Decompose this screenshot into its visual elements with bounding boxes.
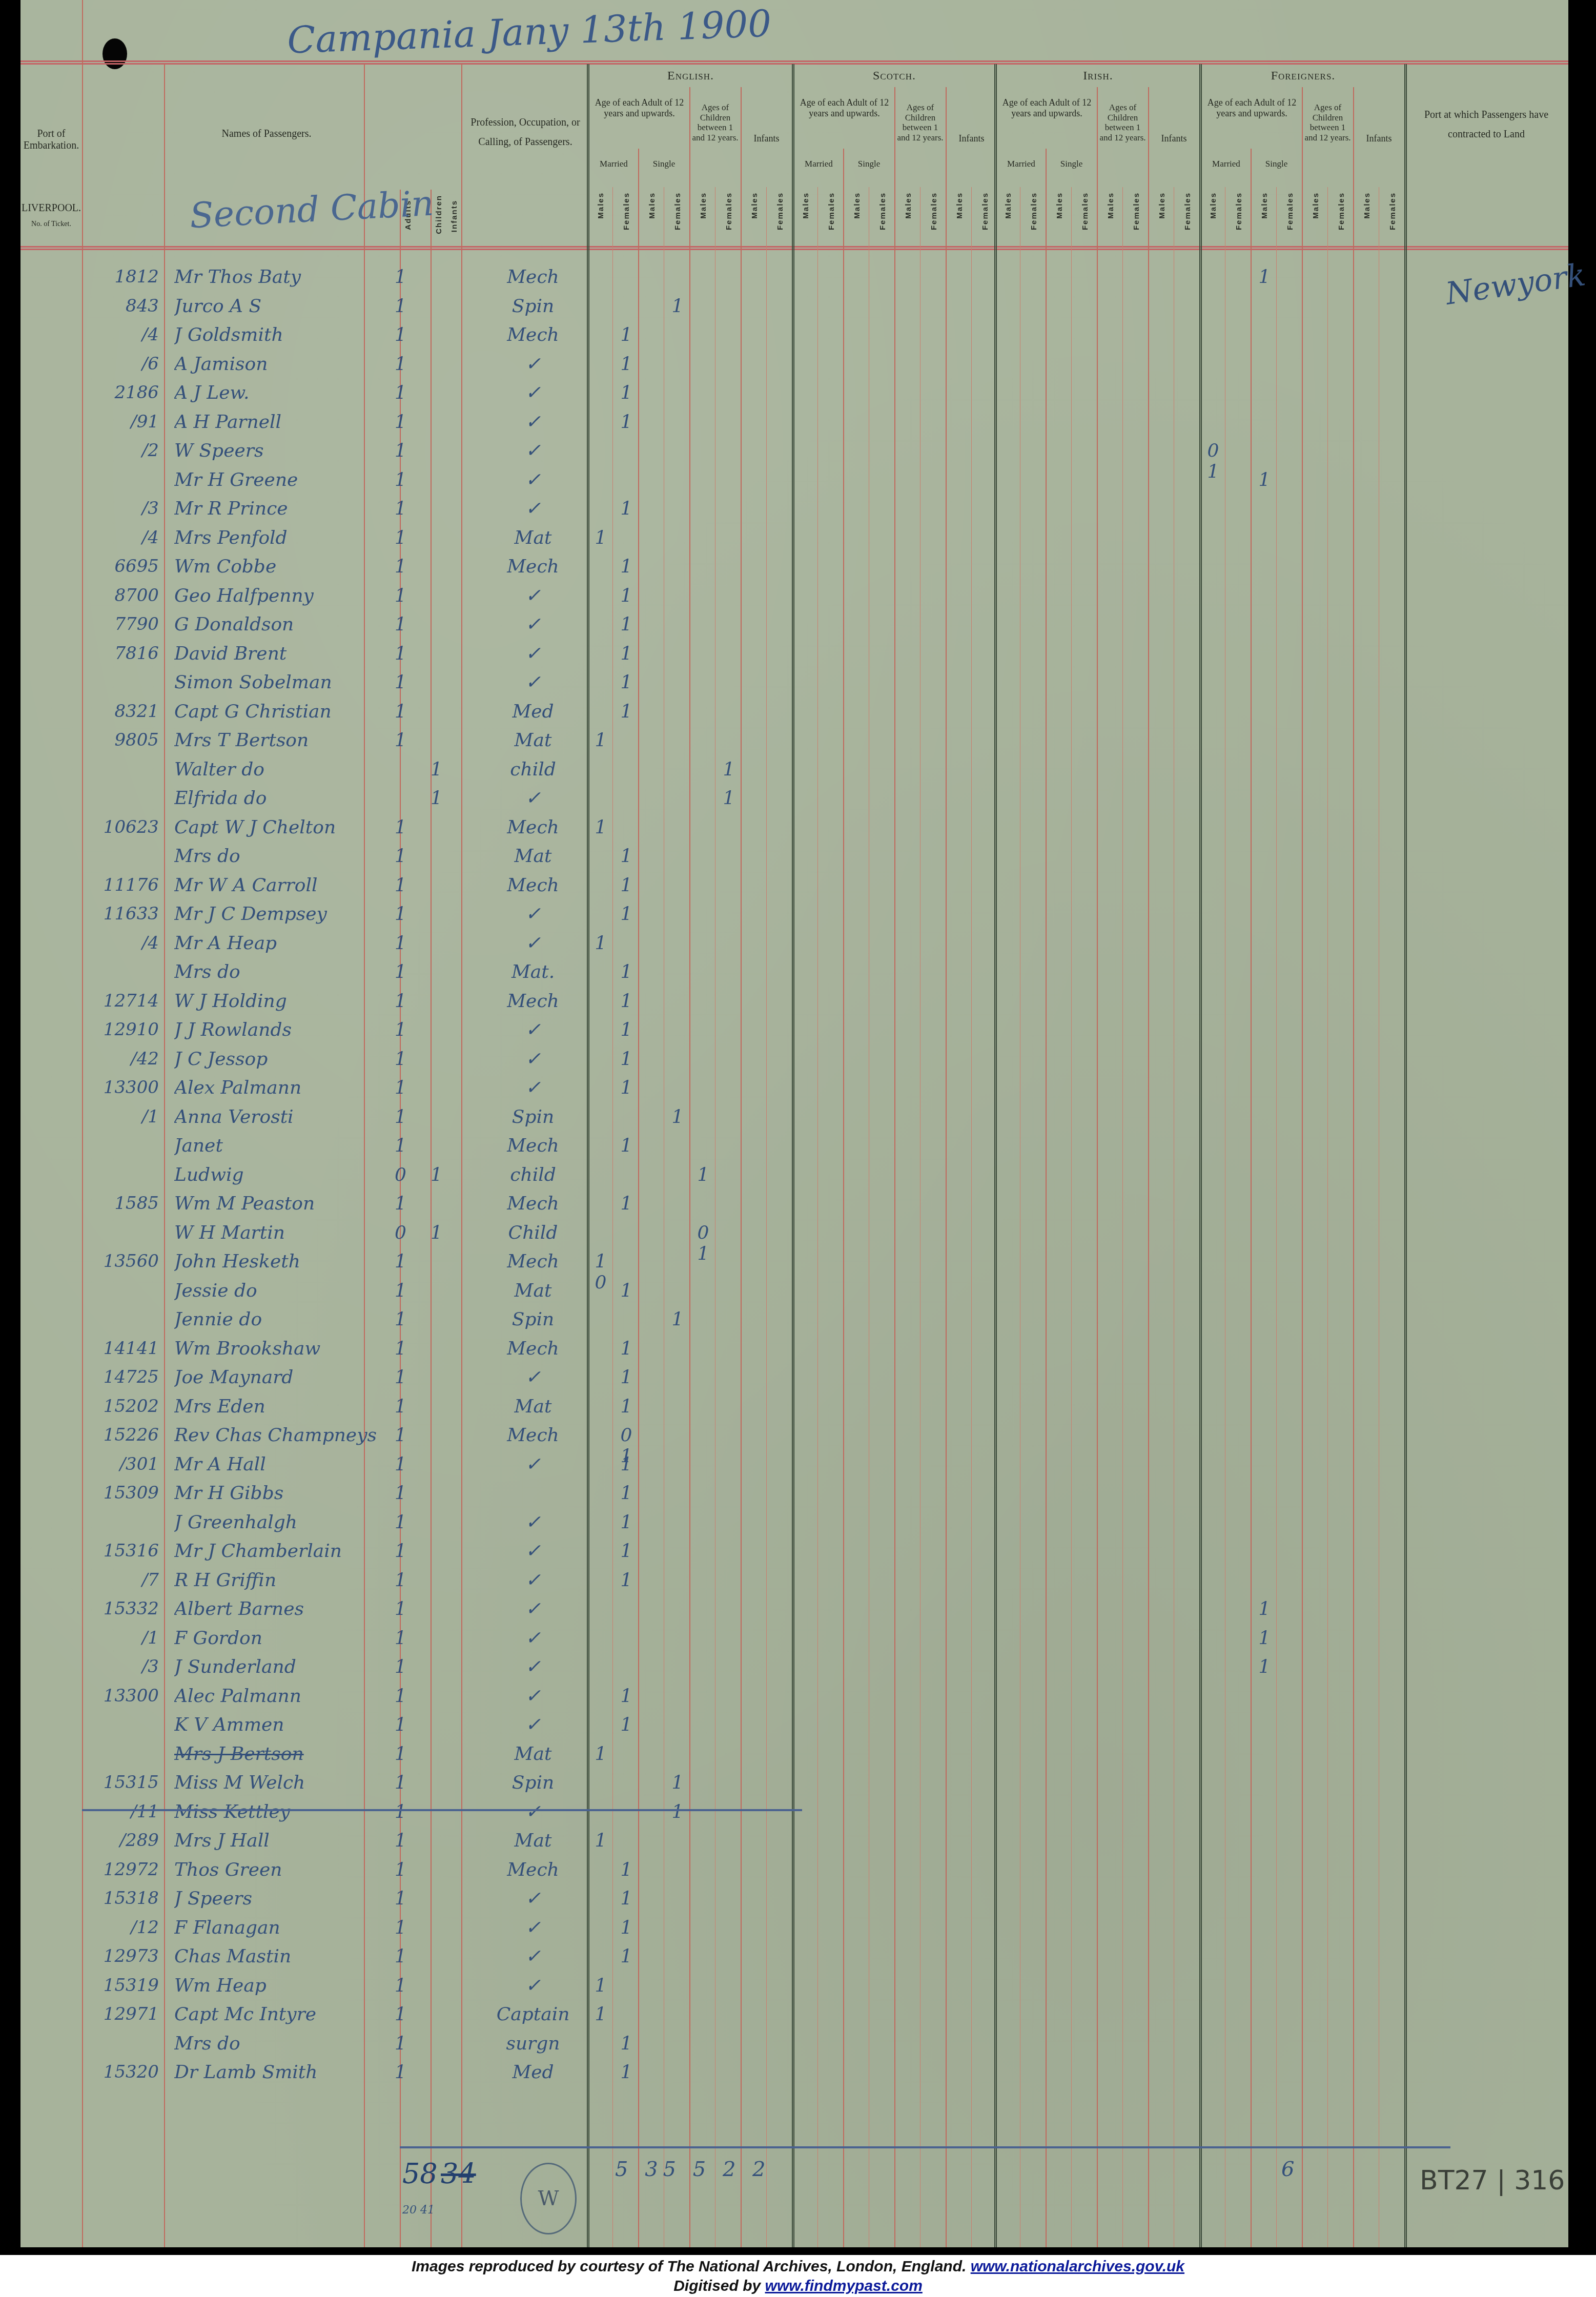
passenger-row: Mrs J Bertson1Mat1 xyxy=(21,1744,1568,1771)
subheader-single: Single xyxy=(1252,159,1301,169)
passenger-row: Elfrida do1✓1 xyxy=(21,788,1568,815)
passenger-row: 843Jurco A S1Spin1 xyxy=(21,296,1568,323)
females-label: Females xyxy=(930,192,938,230)
passenger-name: Mrs T Bertson xyxy=(174,730,390,751)
class-handwriting: Second Cabin xyxy=(189,183,435,237)
passenger-row: 8321Capt G Christian1Med1 xyxy=(21,701,1568,729)
ticket-number: 15318 xyxy=(67,1888,159,1909)
passenger-name: A J Lew. xyxy=(174,382,390,403)
ticket-number: 12972 xyxy=(67,1859,159,1880)
passenger-row: /301Mr A Hall1✓1 xyxy=(21,1454,1568,1482)
ship-date-handwriting: Campania Jany 13th 1900 xyxy=(287,2,772,62)
passenger-row: 2186A J Lew.1✓1 xyxy=(21,382,1568,410)
adult-count: 1 xyxy=(395,1570,410,1591)
adult-count: 1 xyxy=(395,701,410,722)
passenger-row: Mrs do1Mat.1 xyxy=(21,961,1568,989)
ticket-number: /6 xyxy=(67,354,159,374)
age-tally-mark: 1 xyxy=(619,1686,634,1707)
adult-count: 1 xyxy=(395,1396,410,1417)
adult-count: 1 xyxy=(395,1656,410,1677)
occupation: ✓ xyxy=(482,614,584,635)
ticket-number: /91 xyxy=(67,412,159,432)
females-label: Females xyxy=(622,192,631,230)
males-label: Males xyxy=(699,192,708,219)
occupation: ✓ xyxy=(482,469,584,490)
adult-count: 1 xyxy=(395,730,410,751)
age-tally-mark: 1 xyxy=(619,1077,634,1098)
females-label: Females xyxy=(981,192,990,230)
age-tally-mark: 1 xyxy=(1257,1598,1272,1619)
age-tally-mark: 1 xyxy=(619,412,634,433)
passenger-name: Walter do xyxy=(174,759,390,780)
age-tally-mark: 1 xyxy=(619,614,634,635)
passenger-name: David Brent xyxy=(174,643,390,664)
adult-count: 1 xyxy=(395,498,410,519)
ticket-number: 13300 xyxy=(67,1686,159,1706)
age-tally-mark: 1 xyxy=(619,961,634,982)
passenger-row: 13300Alex Palmann1✓1 xyxy=(21,1077,1568,1105)
passenger-name: W J Holding xyxy=(174,991,390,1012)
passenger-row: 9805Mrs T Bertson1Mat1 xyxy=(21,730,1568,757)
adult-count: 1 xyxy=(395,933,410,954)
age-tally-mark: 1 xyxy=(619,991,634,1012)
ticket-number: 7816 xyxy=(67,643,159,664)
males-label: Males xyxy=(955,192,964,219)
age-tally-mark: 1 xyxy=(1257,469,1272,490)
occupation: Mech xyxy=(482,556,584,577)
passenger-row: 15226Rev Chas Champneys1Mech0 1 xyxy=(21,1425,1568,1452)
females-label: Females xyxy=(1388,192,1397,230)
occupation: ✓ xyxy=(482,1975,584,1996)
subheader-adult-age: Age of each Adult of 12 years and upward… xyxy=(589,97,689,118)
passenger-row: 12972Thos Green1Mech1 xyxy=(21,1859,1568,1887)
females-label: Females xyxy=(1286,192,1295,230)
ticket-number: /12 xyxy=(67,1917,159,1938)
males-label: Males xyxy=(802,192,810,219)
passenger-name: Capt W J Chelton xyxy=(174,817,390,838)
ticket-number: 15332 xyxy=(67,1598,159,1619)
passenger-name: Miss M Welch xyxy=(174,1772,390,1793)
passenger-row: 13560John Hesketh1Mech1 0 xyxy=(21,1251,1568,1279)
adult-count: 1 xyxy=(395,440,410,461)
ticket-number: 15316 xyxy=(67,1541,159,1561)
group-english: English. xyxy=(589,69,792,84)
occupation: Mech xyxy=(482,1251,584,1272)
occupation: ✓ xyxy=(482,1628,584,1649)
occupation: Mat. xyxy=(482,961,584,982)
passenger-name: Mr H Gibbs xyxy=(174,1483,390,1504)
passenger-name: J J Rowlands xyxy=(174,1019,390,1040)
occupation: Spin xyxy=(482,296,584,317)
adult-count: 1 xyxy=(395,1917,410,1938)
passenger-row: /3Mr R Prince1✓1 xyxy=(21,498,1568,526)
adult-count: 1 xyxy=(395,1628,410,1649)
occupation: Mech xyxy=(482,266,584,288)
occupation: ✓ xyxy=(482,788,584,809)
adult-count: 1 xyxy=(395,1367,410,1388)
national-archives-link[interactable]: www.nationalarchives.gov.uk xyxy=(971,2258,1184,2275)
adult-count: 1 xyxy=(395,1077,410,1098)
adult-count: 1 xyxy=(395,1541,410,1562)
age-tally-mark: 1 xyxy=(619,1454,634,1475)
adult-count: 1 xyxy=(395,1338,410,1359)
males-label: Males xyxy=(1055,192,1064,219)
passenger-row: K V Ammen1✓1 xyxy=(21,1714,1568,1742)
subtotal-notes: 20 41 xyxy=(402,2204,435,2217)
ticket-number: 12971 xyxy=(67,2004,159,2024)
passenger-row: 12973Chas Mastin1✓1 xyxy=(21,1946,1568,1974)
occupation: Mat xyxy=(482,1280,584,1301)
occupation: ✓ xyxy=(482,1570,584,1591)
males-label: Males xyxy=(648,192,657,219)
header-destination-port: Port at which Passengers have contracted… xyxy=(1409,105,1563,144)
females-label: Females xyxy=(878,192,887,230)
males-label: Males xyxy=(1209,192,1218,219)
passenger-name: Mrs do xyxy=(174,961,390,982)
passenger-row: 14141Wm Brookshaw1Mech1 xyxy=(21,1338,1568,1366)
group-irish: Irish. xyxy=(997,69,1199,84)
occupation: ✓ xyxy=(482,382,584,403)
age-tally-mark: 1 xyxy=(1257,1628,1272,1649)
adult-count: 1 xyxy=(395,1975,410,1996)
ticket-number: /11 xyxy=(67,1801,159,1822)
females-label: Females xyxy=(776,192,785,230)
occupation: Mat xyxy=(482,527,584,548)
occupation: ✓ xyxy=(482,1454,584,1475)
occupation: ✓ xyxy=(482,904,584,925)
occupation: ✓ xyxy=(482,585,584,606)
passenger-row: Janet1Mech1 xyxy=(21,1135,1568,1163)
ticket-number: /42 xyxy=(67,1049,159,1069)
ticket-number: /4 xyxy=(67,527,159,548)
females-label: Females xyxy=(1030,192,1038,230)
passenger-row: /1Anna Verosti1Spin1 xyxy=(21,1106,1568,1134)
passenger-row: 1812Mr Thos Baty1Mech1 xyxy=(21,266,1568,294)
females-label: Females xyxy=(1235,192,1243,230)
age-tally-mark: 1 xyxy=(619,1396,634,1417)
ticket-number: 15226 xyxy=(67,1425,159,1445)
passenger-name: Elfrida do xyxy=(174,788,390,809)
passenger-name: Mrs do xyxy=(174,2033,390,2054)
age-tally-mark: 1 xyxy=(670,1772,685,1793)
adult-count: 0 xyxy=(395,1222,410,1243)
passenger-name: Mr A Hall xyxy=(174,1454,390,1475)
occupation: ✓ xyxy=(482,672,584,693)
passenger-name: Mrs Eden xyxy=(174,1396,390,1417)
occupation: Mech xyxy=(482,817,584,838)
ticket-number: 15309 xyxy=(67,1483,159,1503)
adult-count: 1 xyxy=(395,1425,410,1446)
occupation: ✓ xyxy=(482,1019,584,1040)
passenger-name: Wm Brookshaw xyxy=(174,1338,390,1359)
age-tally-mark: 1 xyxy=(619,324,634,345)
adult-count: 1 xyxy=(395,412,410,433)
passenger-row: 10623Capt W J Chelton1Mech1 xyxy=(21,817,1568,845)
header-children: Children xyxy=(435,195,443,234)
adult-count: 1 xyxy=(395,1049,410,1070)
passenger-name: Mrs J Bertson xyxy=(174,1744,390,1765)
males-label: Males xyxy=(1260,192,1269,219)
occupation: ✓ xyxy=(482,1714,584,1735)
age-tally-mark: 1 xyxy=(619,585,634,606)
occupation: Mech xyxy=(482,324,584,345)
occupation: child xyxy=(482,759,584,780)
passenger-name: F Gordon xyxy=(174,1628,390,1649)
credit-text: Images reproduced by courtesy of The Nat… xyxy=(412,2258,966,2275)
adult-count: 1 xyxy=(395,324,410,345)
age-tally-mark: 1 xyxy=(593,933,608,954)
passenger-name: J Sunderland xyxy=(174,1656,390,1677)
group-foreigners: Foreigners. xyxy=(1202,69,1404,84)
ticket-number: /1 xyxy=(67,1106,159,1127)
age-tally-mark: 1 xyxy=(619,1512,634,1533)
findmypast-link[interactable]: www.findmypast.com xyxy=(765,2278,923,2294)
ticket-number: 12714 xyxy=(67,991,159,1011)
occupation: surgn xyxy=(482,2033,584,2054)
age-tally-mark: 1 xyxy=(619,1946,634,1967)
occupation: Spin xyxy=(482,1309,584,1330)
header-bottom-rule xyxy=(21,246,1568,250)
occupation: Med xyxy=(482,2062,584,2083)
adult-count: 1 xyxy=(395,817,410,838)
adult-count: 1 xyxy=(395,846,410,867)
passenger-row: /2W Speers1✓0 1 xyxy=(21,440,1568,468)
ticket-number: 8700 xyxy=(67,585,159,606)
age-tally-mark: 1 xyxy=(619,875,634,896)
child-count: 1 xyxy=(431,1222,446,1243)
passenger-name: Mrs J Hall xyxy=(174,1830,390,1851)
males-label: Males xyxy=(1312,192,1320,219)
subheader-infants: Infants xyxy=(1355,133,1403,144)
passenger-name: A H Parnell xyxy=(174,412,390,433)
passenger-name: J Greenhalgh xyxy=(174,1512,390,1533)
occupation: ✓ xyxy=(482,440,584,461)
adult-count: 1 xyxy=(395,1772,410,1793)
passenger-row: 12971Capt Mc Intyre1Captain1 xyxy=(21,2004,1568,2032)
age-tally-mark: 1 xyxy=(619,1541,634,1562)
subheader-child-age: Ages of Children between 1 and 12 years. xyxy=(691,102,740,142)
passenger-name: Wm Cobbe xyxy=(174,556,390,577)
passenger-name: Capt Mc Intyre xyxy=(174,2004,390,2025)
group-scotch: Scotch. xyxy=(794,69,994,84)
passenger-name: John Hesketh xyxy=(174,1251,390,1272)
occupation: Mech xyxy=(482,1135,584,1156)
ticket-number: /301 xyxy=(67,1454,159,1474)
passenger-row: /4Mr A Heap1✓1 xyxy=(21,933,1568,960)
passenger-name: Mrs do xyxy=(174,846,390,867)
occupation: ✓ xyxy=(482,643,584,664)
males-label: Males xyxy=(904,192,913,219)
subheader-infants: Infants xyxy=(742,133,791,144)
adult-count: 1 xyxy=(395,1193,410,1214)
total-adults: 58 xyxy=(402,2158,438,2190)
passenger-name: Albert Barnes xyxy=(174,1598,390,1619)
adult-count: 1 xyxy=(395,296,410,317)
age-tally-mark: 1 xyxy=(593,1830,608,1851)
age-tally-mark: 1 xyxy=(619,1280,634,1301)
passenger-name: Capt G Christian xyxy=(174,701,390,722)
ticket-number: 2186 xyxy=(67,382,159,403)
males-label: Males xyxy=(1158,192,1167,219)
passenger-name: A Jamison xyxy=(174,354,390,375)
credit-footer: Images reproduced by courtesy of The Nat… xyxy=(0,2255,1596,2297)
passenger-row: /7R H Griffin1✓1 xyxy=(21,1570,1568,1597)
occupation: Mech xyxy=(482,1425,584,1446)
ticket-number: 9805 xyxy=(67,730,159,750)
males-label: Males xyxy=(853,192,862,219)
occupation: child xyxy=(482,1164,584,1185)
ticket-number: 11633 xyxy=(67,904,159,924)
passenger-name: Geo Halfpenny xyxy=(174,585,390,606)
adult-count: 1 xyxy=(395,1483,410,1504)
passenger-name: Alex Palmann xyxy=(174,1077,390,1098)
age-tally-mark: 1 xyxy=(619,382,634,403)
passenger-name: Janet xyxy=(174,1135,390,1156)
archive-reference: BT27 | 316 xyxy=(1420,2165,1565,2196)
inspection-stamp: W xyxy=(520,2163,577,2234)
subheader-child-age: Ages of Children between 1 and 12 years. xyxy=(1098,102,1147,142)
adult-count: 1 xyxy=(395,961,410,982)
males-label: Males xyxy=(1004,192,1013,219)
females-label: Females xyxy=(827,192,836,230)
occupation: ✓ xyxy=(482,1656,584,1677)
ticket-number: /4 xyxy=(67,324,159,345)
age-tally-mark: 1 xyxy=(619,2033,634,2054)
adult-count: 1 xyxy=(395,1714,410,1735)
header-liverpool: LIVERPOOL. xyxy=(21,202,82,214)
occupation: Spin xyxy=(482,1106,584,1127)
child-count: 1 xyxy=(431,759,446,780)
passenger-name: W Speers xyxy=(174,440,390,461)
age-tally-mark: 1 xyxy=(593,817,608,838)
passenger-name: R H Griffin xyxy=(174,1570,390,1591)
adult-count: 1 xyxy=(395,1454,410,1475)
occupation: ✓ xyxy=(482,1888,584,1909)
total-children: 34 xyxy=(441,2158,476,2190)
occupation: Captain xyxy=(482,2004,584,2025)
age-tally-mark: 1 xyxy=(619,846,634,867)
passenger-row: 13300Alec Palmann1✓1 xyxy=(21,1686,1568,1713)
adult-count: 1 xyxy=(395,875,410,896)
occupation: Child xyxy=(482,1222,584,1243)
subheader-single: Single xyxy=(1047,159,1096,169)
occupation: Mat xyxy=(482,1396,584,1417)
english-totals: 5 35 5 2 2 xyxy=(615,2158,771,2181)
males-label: Males xyxy=(1107,192,1115,219)
age-tally-mark: 1 xyxy=(619,1714,634,1735)
section-divider-rule xyxy=(82,1809,802,1811)
subheader-child-age: Ages of Children between 1 and 12 years. xyxy=(1303,102,1352,142)
adult-count: 1 xyxy=(395,1801,410,1822)
subheader-adult-age: Age of each Adult of 12 years and upward… xyxy=(794,97,894,118)
passenger-name: Mr J Chamberlain xyxy=(174,1541,390,1562)
adult-count: 1 xyxy=(395,1019,410,1040)
subheader-married: Married xyxy=(1202,159,1251,169)
header-names: Names of Passengers. xyxy=(205,128,328,140)
passenger-row: 15320Dr Lamb Smith1Med1 xyxy=(21,2062,1568,2089)
occupation: ✓ xyxy=(482,1801,584,1822)
occupation: Mat xyxy=(482,846,584,867)
adult-count: 1 xyxy=(395,527,410,548)
age-tally-mark: 1 xyxy=(619,1917,634,1938)
passenger-row: /1F Gordon1✓1 xyxy=(21,1628,1568,1655)
passenger-name: Jennie do xyxy=(174,1309,390,1330)
ticket-number: 12910 xyxy=(67,1019,159,1040)
occupation: ✓ xyxy=(482,933,584,954)
foreign-total: 6 xyxy=(1281,2158,1294,2181)
occupation: ✓ xyxy=(482,354,584,375)
passenger-row: Ludwig01child1 xyxy=(21,1164,1568,1192)
occupation: Mech xyxy=(482,1859,584,1880)
ticket-number: 14141 xyxy=(67,1338,159,1359)
subheader-married: Married xyxy=(794,159,843,169)
subheader-married: Married xyxy=(589,159,638,169)
occupation: Mech xyxy=(482,1193,584,1214)
age-tally-mark: 1 xyxy=(619,1483,634,1504)
occupation: ✓ xyxy=(482,1598,584,1619)
passenger-name: Simon Sobelman xyxy=(174,672,390,693)
ticket-number: 11176 xyxy=(67,875,159,895)
age-tally-mark: 1 xyxy=(619,498,634,519)
age-tally-mark: 1 xyxy=(670,1106,685,1127)
passenger-name: Jessie do xyxy=(174,1280,390,1301)
passenger-name: G Donaldson xyxy=(174,614,390,635)
occupation: Mech xyxy=(482,991,584,1012)
adult-count: 1 xyxy=(395,469,410,490)
passenger-row: 8700Geo Halfpenny1✓1 xyxy=(21,585,1568,613)
occupation: Med xyxy=(482,701,584,722)
passenger-row: 7816David Brent1✓1 xyxy=(21,643,1568,671)
ticket-number: /3 xyxy=(67,1656,159,1677)
passenger-name: Mr H Greene xyxy=(174,469,390,490)
passenger-row: 15316Mr J Chamberlain1✓1 xyxy=(21,1541,1568,1568)
age-tally-mark: 1 xyxy=(593,527,608,548)
age-tally-mark: 1 xyxy=(670,1801,685,1822)
age-tally-mark: 1 xyxy=(1257,266,1272,288)
adult-count: 1 xyxy=(395,2004,410,2025)
age-tally-mark: 1 xyxy=(619,354,634,375)
males-label: Males xyxy=(750,192,759,219)
age-tally-mark: 1 xyxy=(619,1193,634,1214)
passenger-name: Mr R Prince xyxy=(174,498,390,519)
age-tally-mark: 1 xyxy=(670,1309,685,1330)
passenger-name: Alec Palmann xyxy=(174,1686,390,1707)
passenger-row: Simon Sobelman1✓1 xyxy=(21,672,1568,700)
subheader-single: Single xyxy=(845,159,893,169)
passenger-row: 15315Miss M Welch1Spin1 xyxy=(21,1772,1568,1800)
ticket-number: 13560 xyxy=(67,1251,159,1271)
child-count: 1 xyxy=(431,788,446,809)
ticket-number: 12973 xyxy=(67,1946,159,1966)
adult-count: 1 xyxy=(395,382,410,403)
occupation: Mech xyxy=(482,1338,584,1359)
age-tally-mark: 1 xyxy=(619,1570,634,1591)
occupation: ✓ xyxy=(482,1367,584,1388)
ticket-number: /2 xyxy=(67,440,159,461)
subheader-infants: Infants xyxy=(947,133,996,144)
age-tally-mark: 1 xyxy=(593,730,608,751)
ticket-number: 15320 xyxy=(67,2062,159,2082)
ticket-number: 14725 xyxy=(67,1367,159,1387)
passenger-name: W H Martin xyxy=(174,1222,390,1243)
passenger-row: /12F Flanagan1✓1 xyxy=(21,1917,1568,1945)
adult-count: 1 xyxy=(395,1830,410,1851)
age-tally-mark: 1 xyxy=(695,1164,711,1185)
ticket-number: /3 xyxy=(67,498,159,519)
passenger-row: /3J Sunderland1✓1 xyxy=(21,1656,1568,1684)
occupation: ✓ xyxy=(482,498,584,519)
passenger-row: /289Mrs J Hall1Mat1 xyxy=(21,1830,1568,1858)
